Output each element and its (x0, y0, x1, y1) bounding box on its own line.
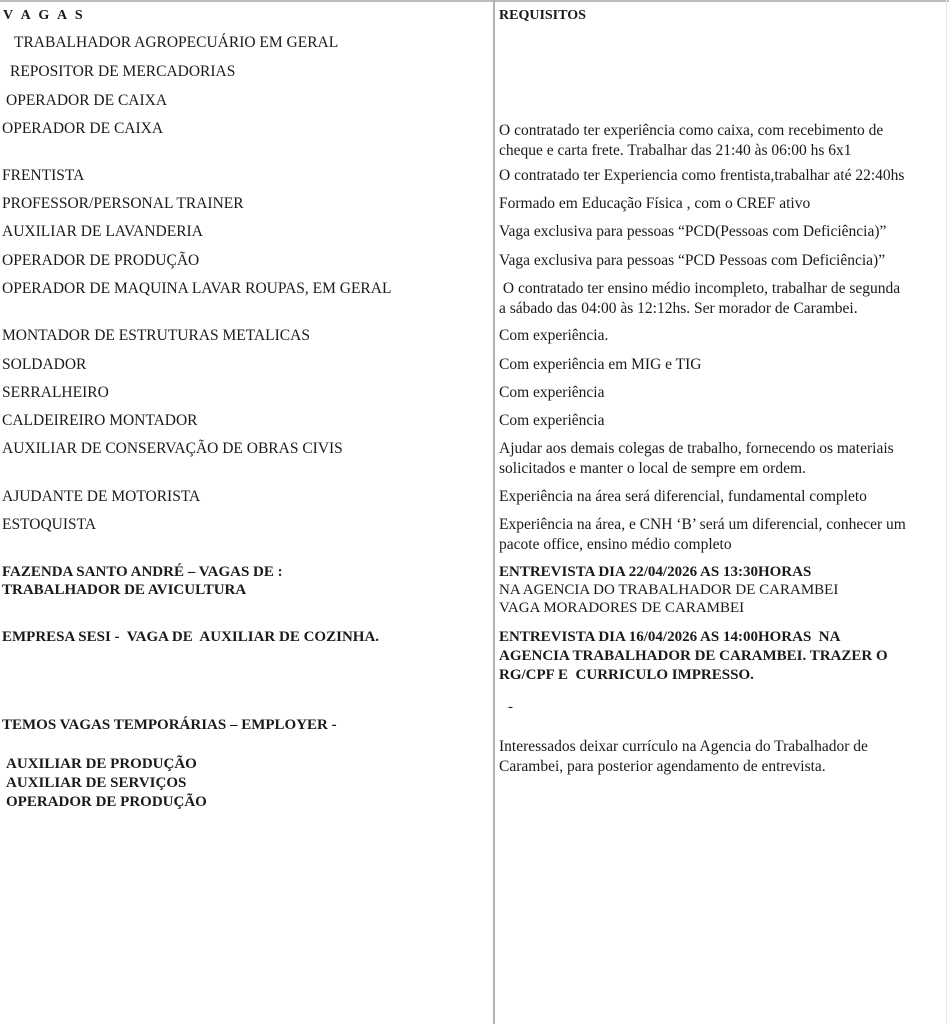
requisito-item: Ajudar aos demais colegas de trabalho, f… (499, 439, 894, 479)
column-divider (493, 0, 495, 1024)
employer-requisito: Interessados deixar currículo na Agencia… (499, 737, 868, 777)
vaga-item: FRENTISTA (2, 166, 84, 186)
requisito-item: Com experiência em MIG e TIG (499, 355, 701, 375)
table-top-border (0, 0, 949, 2)
requisito-item: Vaga exclusiva para pessoas “PCD(Pessoas… (499, 222, 886, 242)
requisito-item: Experiência na área, e CNH ‘B’ será um d… (499, 515, 906, 555)
sesi-vaga: EMPRESA SESI - VAGA DE AUXILIAR DE COZIN… (2, 628, 379, 646)
dash-text: - (508, 697, 513, 717)
vaga-item: MONTADOR DE ESTRUTURAS METALICAS (2, 326, 310, 346)
fazenda-vaga: FAZENDA SANTO ANDRÉ – VAGAS DE : TRABALH… (2, 563, 283, 599)
requisito-item: Com experiência. (499, 326, 608, 346)
vaga-item: AUXILIAR DE CONSERVAÇÃO DE OBRAS CIVIS (2, 439, 343, 459)
vaga-item: OPERADOR DE PRODUÇÃO (2, 251, 199, 271)
vaga-item: AJUDANTE DE MOTORISTA (2, 487, 200, 507)
vaga-item: SOLDADOR (2, 355, 86, 375)
vaga-item: TRABALHADOR AGROPECUÁRIO EM GERAL (14, 33, 338, 53)
requisito-item: Com experiência (499, 383, 604, 403)
requisito-item: O contratado ter ensino médio incompleto… (499, 279, 900, 319)
requisito-item: Experiência na área será diferencial, fu… (499, 487, 867, 507)
fazenda-entrevista: ENTREVISTA DIA 22/04/2026 AS 13:30HORAS (499, 563, 811, 581)
vaga-item: OPERADOR DE CAIXA (2, 119, 163, 139)
vaga-item: OPERADOR DE CAIXA (6, 91, 167, 111)
vaga-item: CALDEIREIRO MONTADOR (2, 411, 198, 431)
vaga-item: REPOSITOR DE MERCADORIAS (10, 62, 235, 82)
vaga-item: PROFESSOR/PERSONAL TRAINER (2, 194, 244, 214)
employer-vaga-list: AUXILIAR DE PRODUÇÃO AUXILIAR DE SERVIÇO… (6, 755, 207, 812)
vaga-item: SERRALHEIRO (2, 383, 109, 403)
sesi-entrevista: ENTREVISTA DIA 16/04/2026 AS 14:00HORAS … (499, 628, 888, 685)
requisito-item: Com experiência (499, 411, 604, 431)
requisito-item: Vaga exclusiva para pessoas “PCD Pessoas… (499, 251, 885, 271)
requisitos-column-header: REQUISITOS (499, 6, 586, 26)
vaga-item: OPERADOR DE MAQUINA LAVAR ROUPAS, EM GER… (2, 279, 391, 299)
requisito-item: O contratado ter Experiencia como frenti… (499, 166, 904, 186)
vagas-column-header: V A G A S (3, 6, 85, 26)
fazenda-requisito: NA AGENCIA DO TRABALHADOR DE CARAMBEI VA… (499, 581, 838, 617)
vaga-item: ESTOQUISTA (2, 515, 96, 535)
employer-vaga: TEMOS VAGAS TEMPORÁRIAS – EMPLOYER - (2, 716, 337, 734)
requisito-item: O contratado ter experiência como caixa,… (499, 121, 883, 161)
vaga-item: AUXILIAR DE LAVANDERIA (2, 222, 203, 242)
requisito-item: Formado em Educação Física , com o CREF … (499, 194, 810, 214)
table-right-edge (946, 0, 947, 1024)
